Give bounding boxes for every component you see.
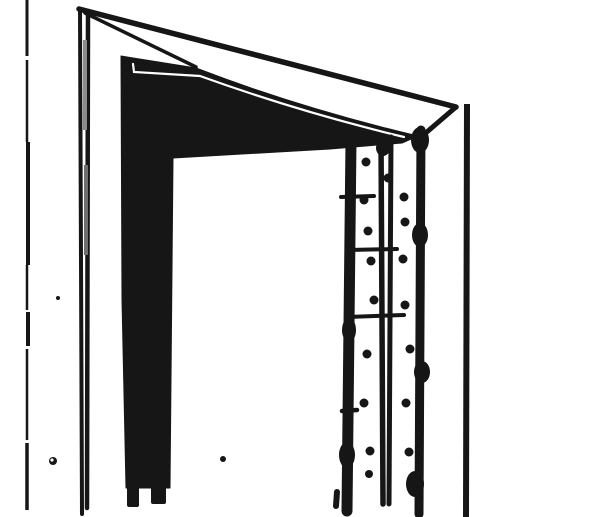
scanned-page: [0, 0, 614, 517]
right-wall-edge-line: [466, 104, 467, 517]
left-wall-edge-line: [27, 0, 28, 510]
doorway-line-art: [0, 0, 614, 517]
